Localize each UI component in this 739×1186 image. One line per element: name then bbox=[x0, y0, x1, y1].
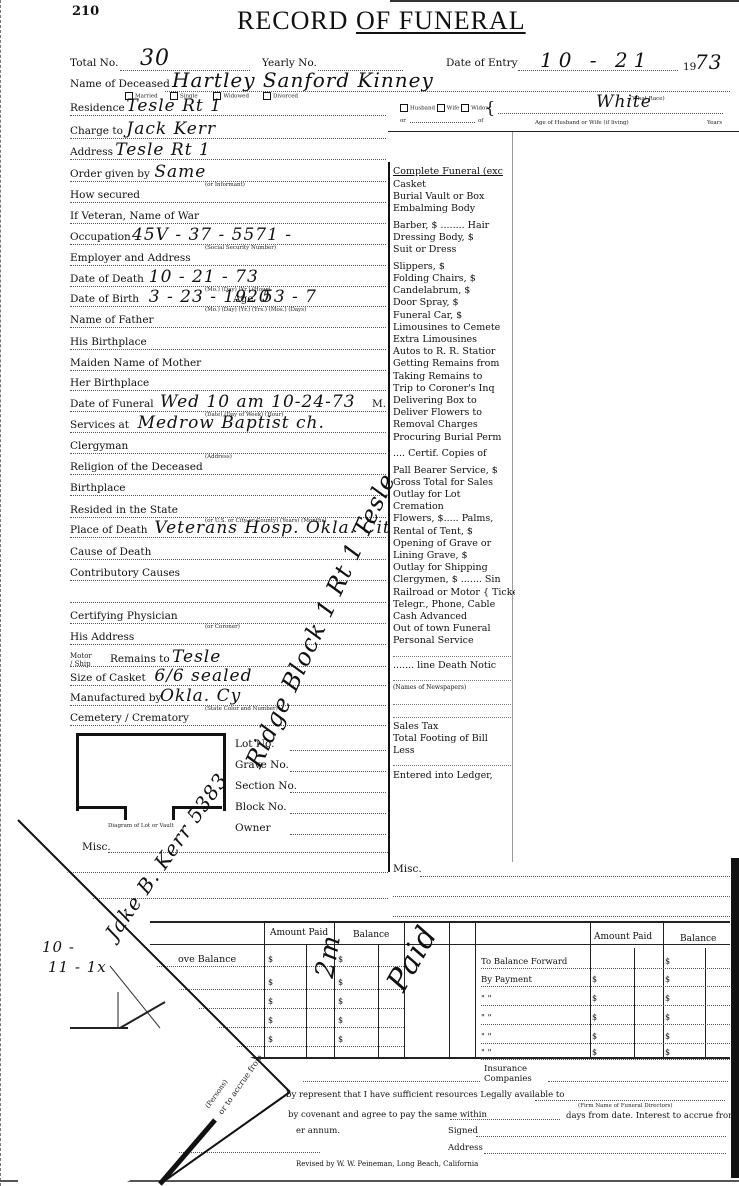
field-label: Place of Death bbox=[70, 524, 148, 536]
charge-item bbox=[393, 709, 513, 718]
years-label: Years bbox=[707, 120, 722, 126]
ledger-right-row-label: By Payment bbox=[481, 975, 532, 985]
address-line[interactable] bbox=[484, 1153, 726, 1154]
field-label: Charge to bbox=[70, 125, 123, 137]
field-input-empty[interactable] bbox=[200, 631, 380, 645]
charges-top-line bbox=[388, 131, 739, 132]
ledger-left-sub2 bbox=[378, 944, 379, 1057]
field-label: How secured bbox=[70, 189, 140, 201]
field-input-empty[interactable] bbox=[200, 440, 380, 454]
scan-right-shadow bbox=[731, 858, 739, 1178]
field-input-empty[interactable] bbox=[200, 357, 380, 371]
field-label: Size of Casket bbox=[70, 672, 146, 684]
field-note: (Social Security Number) bbox=[205, 245, 276, 251]
field-input-empty[interactable] bbox=[200, 210, 380, 224]
field-value[interactable]: Jack Kerr bbox=[126, 119, 216, 139]
form-number: 210 bbox=[72, 4, 99, 19]
field-input-empty[interactable] bbox=[200, 589, 380, 603]
field-label: Maiden Name of Mother bbox=[70, 357, 201, 369]
date-entry-label: Date of Entry bbox=[446, 57, 518, 69]
field-input-empty[interactable] bbox=[200, 189, 380, 203]
field-input-empty[interactable] bbox=[200, 252, 380, 266]
ledger-right-row-label: " " bbox=[481, 994, 492, 1004]
field-label: Cemetery / Crematory bbox=[70, 712, 189, 724]
ledger-right-row-line[interactable] bbox=[481, 968, 730, 969]
charge-item: Railroad or Motor { Tickets, $ bbox=[393, 587, 515, 598]
ledger-right-row-label: To Balance Forward bbox=[481, 957, 567, 967]
field-label: Date of Birth bbox=[70, 293, 139, 305]
field-note: (Address) bbox=[205, 454, 232, 460]
margin-note-1: 10 - bbox=[42, 938, 75, 956]
charge-item: Door Spray, $ bbox=[393, 297, 459, 308]
field-label: Address bbox=[70, 146, 113, 158]
field-label: Remains to bbox=[110, 653, 170, 665]
field-line bbox=[70, 138, 386, 139]
field-value[interactable]: Tesle Rt 1 bbox=[126, 96, 222, 116]
dollar-sign: $ bbox=[592, 1048, 597, 1057]
race-value[interactable]: White bbox=[596, 92, 652, 112]
charge-item: Taking Remains to bbox=[393, 371, 482, 382]
field-input-empty[interactable] bbox=[200, 314, 380, 328]
dollar-sign: $ bbox=[338, 997, 343, 1006]
margin-note-2: 11 - 1x bbox=[48, 958, 107, 976]
dollar-sign: $ bbox=[592, 994, 597, 1003]
address-label: Address bbox=[448, 1143, 483, 1153]
right-misc-label: Misc. bbox=[393, 863, 422, 875]
signed-label: Signed bbox=[448, 1126, 478, 1136]
charge-item: Burial Vault or Box bbox=[393, 191, 484, 202]
field-value[interactable]: Medrow Baptist ch. bbox=[138, 413, 325, 433]
charge-item: Sales Tax bbox=[393, 721, 438, 732]
ledger-right-row-label: " " bbox=[481, 1032, 492, 1042]
charge-item: Deliver Flowers to bbox=[393, 407, 482, 418]
charge-item: Removal Charges bbox=[393, 419, 478, 430]
divorced-label: Divorced bbox=[273, 94, 298, 100]
charge-item: Trip to Coroner's Inq bbox=[393, 383, 495, 394]
field-note: (or Informant) bbox=[205, 182, 245, 188]
field-label: Clergyman bbox=[70, 440, 128, 452]
charge-item bbox=[393, 672, 513, 681]
charge-item: (Names of Newspapers) bbox=[393, 684, 466, 691]
field-note: (Mo.) (Day) (Yr.) (Yrs.) (Mos.) (Days) bbox=[205, 307, 306, 313]
charge-item: Getting Remains from bbox=[393, 358, 499, 369]
field-input-empty[interactable] bbox=[200, 482, 380, 496]
charge-item: Less bbox=[393, 745, 415, 756]
field-value[interactable]: 10 - 21 - 73 bbox=[149, 267, 259, 287]
charge-item: Suit or Dress bbox=[393, 244, 456, 255]
field-value[interactable]: Wed 10 am 10-24-73 bbox=[160, 392, 356, 412]
field-label: Residence bbox=[70, 102, 125, 114]
field-label: Occupation bbox=[70, 231, 131, 243]
charge-item: Outlay for Lot bbox=[393, 489, 460, 500]
lot-field-line[interactable] bbox=[290, 750, 386, 751]
charge-item: Embalming Body bbox=[393, 203, 475, 214]
charge-item: Procuring Burial Perm bbox=[393, 432, 501, 443]
divorced-checkbox[interactable] bbox=[263, 92, 271, 100]
charge-item: Gross Total for Sales bbox=[393, 477, 493, 488]
charge-item: Rental of Tent, $ bbox=[393, 526, 473, 537]
or-label: or bbox=[400, 118, 406, 124]
ledger-mid-col3 bbox=[475, 922, 476, 1057]
field-label: Her Birthplace bbox=[70, 377, 149, 389]
insurance-companies-label: Insurance Companies bbox=[484, 1064, 544, 1084]
field-label: Resided in the State bbox=[70, 504, 178, 516]
charges-header-text: Complete Funeral (exc bbox=[393, 166, 503, 177]
handwritten-annotation-paid: Paid bbox=[380, 920, 445, 998]
field-input-empty[interactable] bbox=[200, 610, 380, 624]
wife-checkbox[interactable] bbox=[437, 104, 445, 112]
ledger-right-sub1 bbox=[634, 948, 635, 1057]
field-label: Employer and Address bbox=[70, 252, 191, 264]
total-no-value[interactable]: 30 bbox=[140, 46, 170, 71]
husband-checkbox[interactable] bbox=[400, 104, 408, 112]
charge-item bbox=[393, 757, 513, 766]
ledger-right-row-line[interactable] bbox=[481, 986, 730, 987]
ledger-right-row-label: " " bbox=[481, 1013, 492, 1023]
charge-item: Candelabrum, $ bbox=[393, 285, 470, 296]
charge-item: Entered into Ledger, bbox=[393, 770, 493, 781]
field-label: Services at bbox=[70, 419, 129, 431]
charge-item: ....... line Death Notic bbox=[393, 660, 496, 671]
companies-line bbox=[548, 1081, 728, 1082]
dollar-sign: $ bbox=[592, 975, 597, 984]
handwritten-annotation-2m: 2m bbox=[310, 932, 347, 980]
top-edge-line bbox=[390, 0, 739, 2]
dollar-sign: $ bbox=[665, 994, 670, 1003]
ledger-right-row-line[interactable] bbox=[481, 1059, 730, 1060]
name-value[interactable]: Hartley Sanford Kinney bbox=[172, 68, 434, 92]
charges-column: Complete Funeral (exc CasketBurial Vault… bbox=[388, 162, 515, 872]
days-text: days from date. Interest to accrue from bbox=[566, 1111, 736, 1121]
dollar-sign: $ bbox=[338, 1035, 343, 1044]
race-line bbox=[498, 113, 723, 114]
dollar-sign: $ bbox=[665, 1032, 670, 1041]
field-label: Manufactured by bbox=[70, 692, 162, 704]
charge-item: Flowers, $..... Palms, bbox=[393, 513, 493, 524]
title-part-1: RECORD bbox=[237, 6, 348, 35]
page-title: RECORD OF FUNERAL bbox=[237, 6, 526, 36]
charge-item: .... Certif. Copies of bbox=[393, 448, 486, 459]
ledger-right-row-line[interactable] bbox=[481, 1043, 730, 1044]
field-input-empty[interactable] bbox=[200, 336, 380, 350]
name-label: Name of Deceased bbox=[70, 78, 170, 90]
right-misc-line-2 bbox=[393, 896, 730, 897]
ledger-right-sub2 bbox=[705, 948, 706, 1057]
charge-item bbox=[393, 648, 513, 657]
dollar-sign: $ bbox=[338, 1016, 343, 1025]
charge-item: Barber, $ ........ Hair bbox=[393, 220, 489, 231]
husband-label: Husband bbox=[410, 106, 435, 112]
director-note: (Firm Name of Funeral Directors) bbox=[578, 1103, 673, 1109]
ledger-mid-col2 bbox=[449, 922, 450, 1057]
field-value[interactable]: 6/6 sealed bbox=[154, 666, 252, 686]
charge-item: Pall Bearer Service, $ bbox=[393, 465, 498, 476]
field-value[interactable]: 45V - 37 - 5571 - bbox=[132, 225, 292, 245]
charge-item: Casket bbox=[393, 179, 426, 190]
or-line bbox=[410, 122, 475, 123]
field-input-empty[interactable] bbox=[200, 377, 380, 391]
age-value[interactable]: 53 - 7 bbox=[262, 287, 317, 307]
ledger-right-row-line[interactable] bbox=[481, 1005, 730, 1006]
lot-field-line[interactable] bbox=[290, 771, 386, 772]
field-input-empty[interactable] bbox=[200, 461, 380, 475]
field-value[interactable]: Same bbox=[154, 162, 206, 182]
charge-item: Funeral Car, $ bbox=[393, 310, 462, 321]
ledger-right-col1 bbox=[590, 922, 591, 1057]
wife-label: Wife bbox=[447, 106, 460, 112]
field-value[interactable]: Tesle bbox=[172, 647, 221, 667]
signed-line[interactable] bbox=[476, 1136, 726, 1137]
field-suffix: M. bbox=[372, 398, 386, 410]
charge-item: Telegr., Phone, Cable bbox=[393, 599, 495, 610]
days-line bbox=[450, 1119, 560, 1120]
total-no-label: Total No. bbox=[70, 57, 118, 69]
ledger-right-row-label: " " bbox=[481, 1048, 492, 1058]
charge-item bbox=[393, 696, 513, 705]
field-label: Certifying Physician bbox=[70, 610, 178, 622]
charge-item: Opening of Grave or bbox=[393, 538, 491, 549]
field-label: If Veteran, Name of War bbox=[70, 210, 199, 222]
field-label: Date of Death bbox=[70, 273, 144, 285]
field-label: Cause of Death bbox=[70, 546, 151, 558]
year-value[interactable]: 73 bbox=[695, 50, 722, 74]
charge-item: Total Footing of Bill bbox=[393, 733, 488, 744]
field-label: Contributory Causes bbox=[70, 567, 180, 579]
age-spouse-label: Age of Husband or Wife (if living) bbox=[535, 120, 629, 126]
ledger-right-row-line[interactable] bbox=[481, 1024, 730, 1025]
field-value[interactable]: Okla. Cy bbox=[160, 686, 241, 706]
field-label: Order given by bbox=[70, 168, 150, 180]
dollar-sign: $ bbox=[592, 1032, 597, 1041]
dollar-sign: $ bbox=[665, 1048, 670, 1057]
dollar-sign: $ bbox=[665, 975, 670, 984]
field-note: (or Coroner) bbox=[205, 624, 240, 630]
charge-item: Cash Advanced bbox=[393, 611, 467, 622]
age-label: Age bbox=[233, 293, 254, 305]
widowed-label: Widowed bbox=[223, 94, 249, 100]
spouse-options: Husband Wife Widow bbox=[400, 104, 490, 112]
field-label: Birthplace bbox=[70, 482, 126, 494]
ledger-right-col2 bbox=[663, 922, 664, 1057]
of-label: of bbox=[478, 118, 483, 124]
right-balance-header: Balance bbox=[680, 934, 716, 944]
title-part-2: OF FUNERAL bbox=[356, 6, 526, 35]
dollar-sign: $ bbox=[665, 957, 670, 966]
right-amount-paid-header: Amount Paid bbox=[594, 932, 652, 942]
charges-header: Complete Funeral (exc bbox=[393, 166, 503, 177]
charge-item: Limousines to Cemete bbox=[393, 322, 500, 333]
field-line bbox=[70, 115, 386, 116]
field-label: Date of Funeral bbox=[70, 398, 154, 410]
left-balance-header: Balance bbox=[353, 930, 389, 940]
field-label: Name of Father bbox=[70, 314, 154, 326]
widow-checkbox[interactable] bbox=[461, 104, 469, 112]
charge-item: Clergymen, $ ....... Sin bbox=[393, 574, 501, 585]
charge-item: Delivering Box to bbox=[393, 395, 477, 406]
charge-item: Folding Chairs, $ bbox=[393, 273, 476, 284]
charge-item: Autos to R. R. Statior bbox=[393, 346, 495, 357]
field-label: Religion of the Deceased bbox=[70, 461, 203, 473]
field-value[interactable]: Tesle Rt 1 bbox=[115, 140, 211, 160]
charge-item: Extra Limousines bbox=[393, 334, 477, 345]
charge-item: Cremation bbox=[393, 501, 444, 512]
field-label: His Address bbox=[70, 631, 134, 643]
dollar-sign: $ bbox=[665, 1013, 670, 1022]
right-misc-line-1 bbox=[420, 876, 730, 877]
field-label: His Birthplace bbox=[70, 336, 147, 348]
date-entry-value[interactable]: 10 - 21 bbox=[540, 48, 652, 72]
charge-item: Slippers, $ bbox=[393, 261, 445, 272]
right-misc-line-3 bbox=[393, 916, 730, 917]
dollar-sign: $ bbox=[592, 1013, 597, 1022]
charge-item: Dressing Body, $ bbox=[393, 232, 474, 243]
charge-item: Lining Grave, $ bbox=[393, 550, 468, 561]
charges-right-edge bbox=[512, 132, 513, 862]
charge-item: Outlay for Shipping bbox=[393, 562, 488, 573]
brace: { bbox=[485, 98, 495, 117]
authorize-line bbox=[535, 1100, 725, 1101]
charge-item: Out of town Funeral bbox=[393, 623, 491, 634]
charge-item: Personal Service bbox=[393, 635, 474, 646]
